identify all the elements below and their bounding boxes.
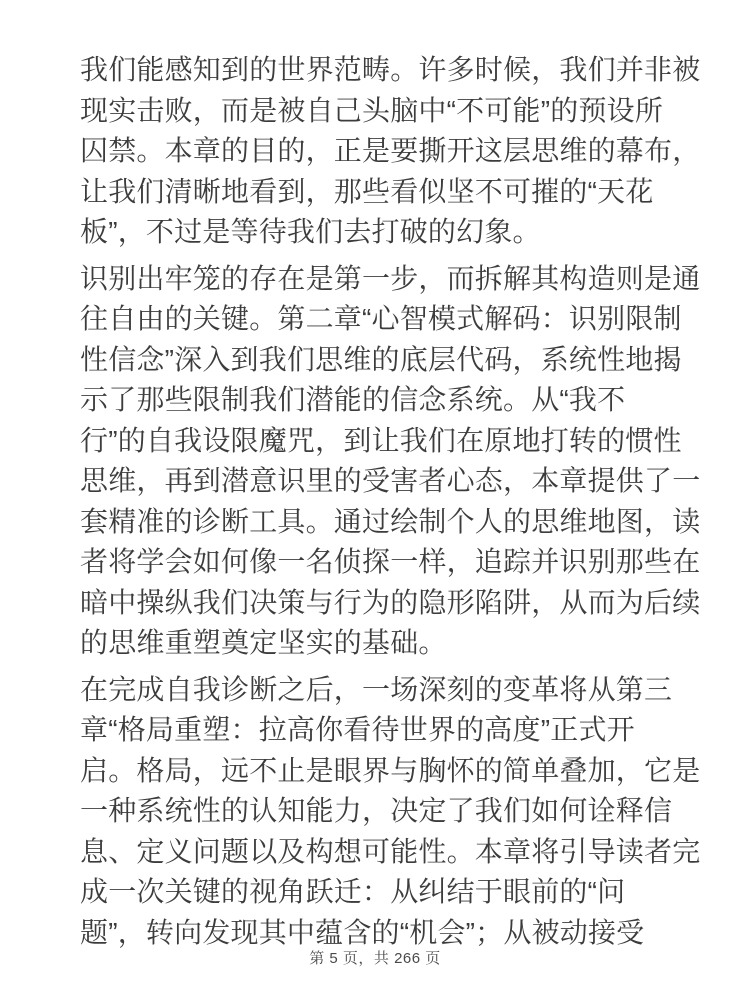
text-line: 板”，不过是等待我们去打破的幻象。 [80, 212, 692, 253]
text-line: 行”的自我设限魔咒，到让我们在原地打转的惯性 [80, 421, 692, 462]
text-line: 息、定义问题以及构想可能性。本章将引导读者完 [80, 832, 692, 873]
text-line: 启。格局，远不止是眼界与胸怀的简单叠加，它是 [80, 751, 692, 792]
text-line: 成一次关键的视角跃迁：从纠结于眼前的“问 [80, 872, 692, 913]
text-line: 我们能感知到的世界范畴。许多时候，我们并非被 [80, 50, 692, 91]
text-line: 套精准的诊断工具。通过绘制个人的思维地图，读 [80, 502, 692, 543]
paragraph: 识别出牢笼的存在是第一步，而拆解其构造则是通 往自由的关键。第二章“心智模式解码… [80, 259, 692, 664]
text-line: 一种系统性的认知能力，决定了我们如何诠释信 [80, 791, 692, 832]
text-line: 现实击败，而是被自己头脑中“不可能”的预设所 [80, 91, 692, 132]
text-line: 识别出牢笼的存在是第一步，而拆解其构造则是通 [80, 259, 692, 300]
text-line: 题”，转向发现其中蕴含的“机会”；从被动接受 [80, 913, 692, 954]
text-line: 暗中操纵我们决策与行为的隐形陷阱，从而为后续 [80, 583, 692, 624]
text-line: 性信念”深入到我们思维的底层代码，系统性地揭 [80, 340, 692, 381]
text-line: 的思维重塑奠定坚实的基础。 [80, 623, 692, 664]
text-line: 者将学会如何像一名侦探一样，追踪并识别那些在 [80, 542, 692, 583]
text-line: 往自由的关键。第二章“心智模式解码：识别限制 [80, 299, 692, 340]
text-line: 示了那些限制我们潜能的信念系统。从“我不 [80, 380, 692, 421]
paragraph: 我们能感知到的世界范畴。许多时候，我们并非被 现实击败，而是被自己头脑中“不可能… [80, 50, 692, 253]
text-line: 章“格局重塑：拉高你看待世界的高度”正式开 [80, 710, 692, 751]
text-line: 在完成自我诊断之后，一场深刻的变革将从第三 [80, 670, 692, 711]
page-content: 我们能感知到的世界范畴。许多时候，我们并非被 现实击败，而是被自己头脑中“不可能… [80, 50, 692, 959]
text-line: 思维，再到潜意识里的受害者心态，本章提供了一 [80, 461, 692, 502]
text-line: 让我们清晰地看到，那些看似坚不可摧的“天花 [80, 172, 692, 213]
paragraph: 在完成自我诊断之后，一场深刻的变革将从第三 章“格局重塑：拉高你看待世界的高度”… [80, 670, 692, 954]
text-line: 囚禁。本章的目的，正是要撕开这层思维的幕布， [80, 131, 692, 172]
page-number-indicator: 第 5 页，共 266 页 [0, 949, 750, 969]
